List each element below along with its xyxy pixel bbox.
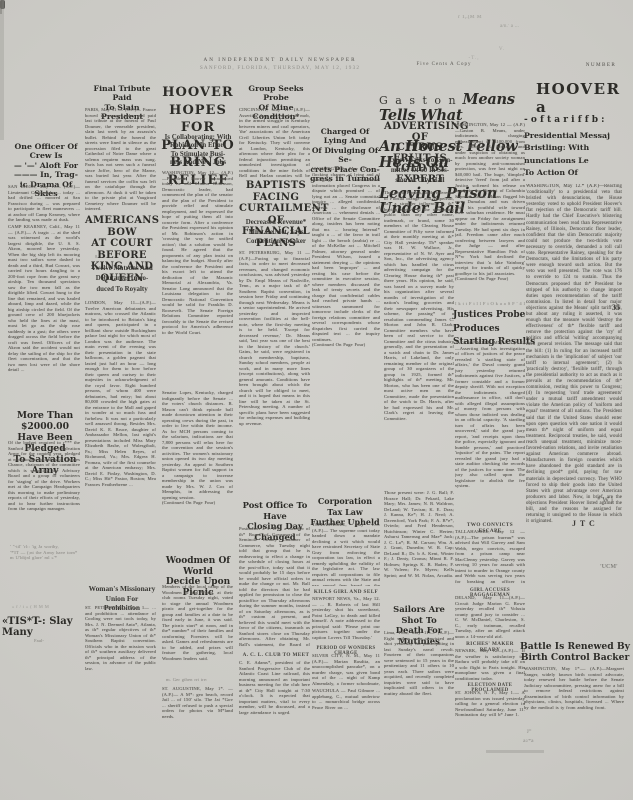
masthead-price: Five Cents A Copy — [416, 62, 472, 67]
story-st-augustine: ST. AUGUSTINE, May 1*. — (A.P.)— A M*: g… — [162, 686, 233, 720]
story-baptist-convention: ST. PETERSBURG, May 11 — (A.P.)—Facing u… — [239, 250, 310, 496]
story-missionary-union: ST. PETERSBURG, May 1— ... and prohibiti… — [85, 605, 156, 690]
story-newark-flight: NEWARK, May 12—(A.P.)— If the weather is… — [455, 648, 525, 680]
headline-hoover-a: HOOVER a — [536, 80, 628, 116]
story-hoover-relief: WASHINGTON, May 12— (A.P.)—President Hoo… — [162, 170, 233, 388]
story-post-office: Postmaster J. P. B*ll, a member of th* B… — [239, 526, 310, 648]
newspaper-front-page-scan: r 1,.(M M a/n.' a ... AN INDEPENDENT DAI… — [0, 0, 633, 800]
story-justices-probe: JACKSONVILLE, M*y 1— (A.P.)—Asserting th… — [455, 340, 525, 518]
story-birth-control: WASHINGTON, May 1*.— (A.P.)—Margaret San… — [524, 666, 624, 730]
story-paris-funeral: PARIS, May 11 — (A.P.)— France bowed in … — [85, 107, 156, 212]
scan-streak — [0, 0, 4, 140]
story-silver-city: SILVER CITY, N. M., May 11 (A.P.)— Maria… — [312, 653, 380, 686]
story-london-court: LONDON, May 11—(A.P.)— Twelve American d… — [85, 300, 156, 578]
headline-kicker: G a s t o n — [379, 94, 458, 107]
stray-mark: J T C — [572, 519, 596, 528]
subhead-kills-girl: KILLS GIRL AND SELF — [312, 589, 380, 595]
story-peru-mutiny: Lima, Peru, May 11.— (A.P.)— Eight sailo… — [384, 630, 454, 712]
story-girl-accuses: DELAND, May 11—(A.P.)— Circuit Judge Mar… — [455, 595, 525, 638]
story-corporation-tax: TALLAHASSEE, May 1.— (A.P.)— The supreme… — [312, 522, 380, 586]
masthead-dateline: SANFORD, FLORIDA, THURSDAY, MAY 12, 1932 — [150, 65, 410, 71]
illegible-fragment: m. Ger gthen rrt tre: — [166, 677, 226, 684]
stray-mark: a:/*a — [523, 739, 534, 744]
masthead-number-label: NUMBER — [576, 62, 626, 68]
stray-mark: 35 — [612, 303, 620, 312]
illegible-fragment: » f / i » ( H M M — [12, 604, 78, 612]
illegible-fragment: Faal- — [34, 638, 64, 646]
story-mine-conditions: CINCINNATI, May 11. (A.P.)—Asserting the… — [239, 107, 310, 178]
headline-tariff-fragment: - o f t a r i f f b : — [524, 115, 618, 126]
story-gaston-means: WASHINGTON, May 12 — (A.P.)—Gaston B. Me… — [455, 122, 525, 298]
stray-mark: * W j — [597, 496, 613, 504]
headline-birth-control: Battle Is Renewed By Birth Control Backe… — [520, 641, 630, 663]
subhead-matrons-debutantes: Twelve Matrons And Debutantes Intro- duc… — [87, 264, 157, 295]
subhead-decreased-revenues: Decreased Revenue* Must Be Met, Says Con… — [241, 218, 311, 247]
story-salvation-army: Of the budget required to r*** the Sanfo… — [8, 440, 80, 540]
story-convicts-escape: TALLAHASSEE, May 12 — (A.P.)—The prison … — [455, 529, 525, 585]
masthead-tagline: AN INDEPENDENT DAILY NEWSPAPER — [150, 57, 410, 63]
price-mark: -T., — [464, 55, 484, 61]
story-citrus-advertising: The word Florida, with reference to Flor… — [384, 190, 454, 486]
story-congress-turmoil: WASHINGTON, May 1*— ... flocking charges… — [312, 166, 380, 492]
story-wauchula: WAUCHULA — Paul Gilmore ... applebang, C… — [312, 688, 380, 714]
story-newfoundland-election: ST. JOHN'S, N. F., May 1.— A proclamatio… — [455, 690, 525, 724]
story-convention-notes: Senator Lopes, Kentucky, charged indigna… — [162, 390, 233, 552]
story-akron: SAN DIEGO, May 11— (A.P.)— Lieutenant Co… — [8, 184, 80, 222]
corner-mark: a/n.' a ... — [500, 24, 570, 32]
price-mark: V. — [494, 46, 510, 52]
illegible-fragment: I k t t F i l l F i O k a a S F ' 4 I — [455, 301, 535, 308]
story-camp-kearney: CAMP KEARNEY, Calif., May 11— (A.P.)— A … — [8, 224, 80, 406]
subhead-expert-talks: Expert Talks To Com- mittee Of 50 In Ses… — [386, 156, 454, 187]
story-acl-club: C. E. Adams*, president of the Sanford P… — [239, 660, 310, 718]
subhead-hoover-collaborating: Is Collaborating: With Robinson In Effor… — [162, 134, 234, 168]
stray-mark: j= — [527, 729, 532, 734]
headline-presidential-message: Presidential Messaj Bristling: With nunc… — [524, 130, 612, 180]
headline-slay-many: «TIS*T-: Slay Many — [2, 616, 92, 638]
story-newport-news: NEWPORT NEWS, Va., May 12.— ... R. Rober… — [312, 596, 380, 643]
subhead-acl-club: A. C. L. CLUB TO MEET — [241, 652, 311, 658]
corner-mark: r 1,.(M M — [458, 15, 548, 23]
story-attendee-names: Those present were: J. G. Ball; F. Horac… — [384, 490, 454, 598]
illegible-fragment: ' ''-til' 'rl:: 'ig Ja worthy, '*'IT — (… — [10, 544, 80, 578]
story-woodmen: Members of the local camp of the Woodmen… — [162, 584, 233, 674]
fold-mark — [486, 750, 544, 753]
illegible-fragment: 8 ' ' — — [95, 254, 149, 261]
stray-mark: 'UCM' — [600, 564, 618, 570]
